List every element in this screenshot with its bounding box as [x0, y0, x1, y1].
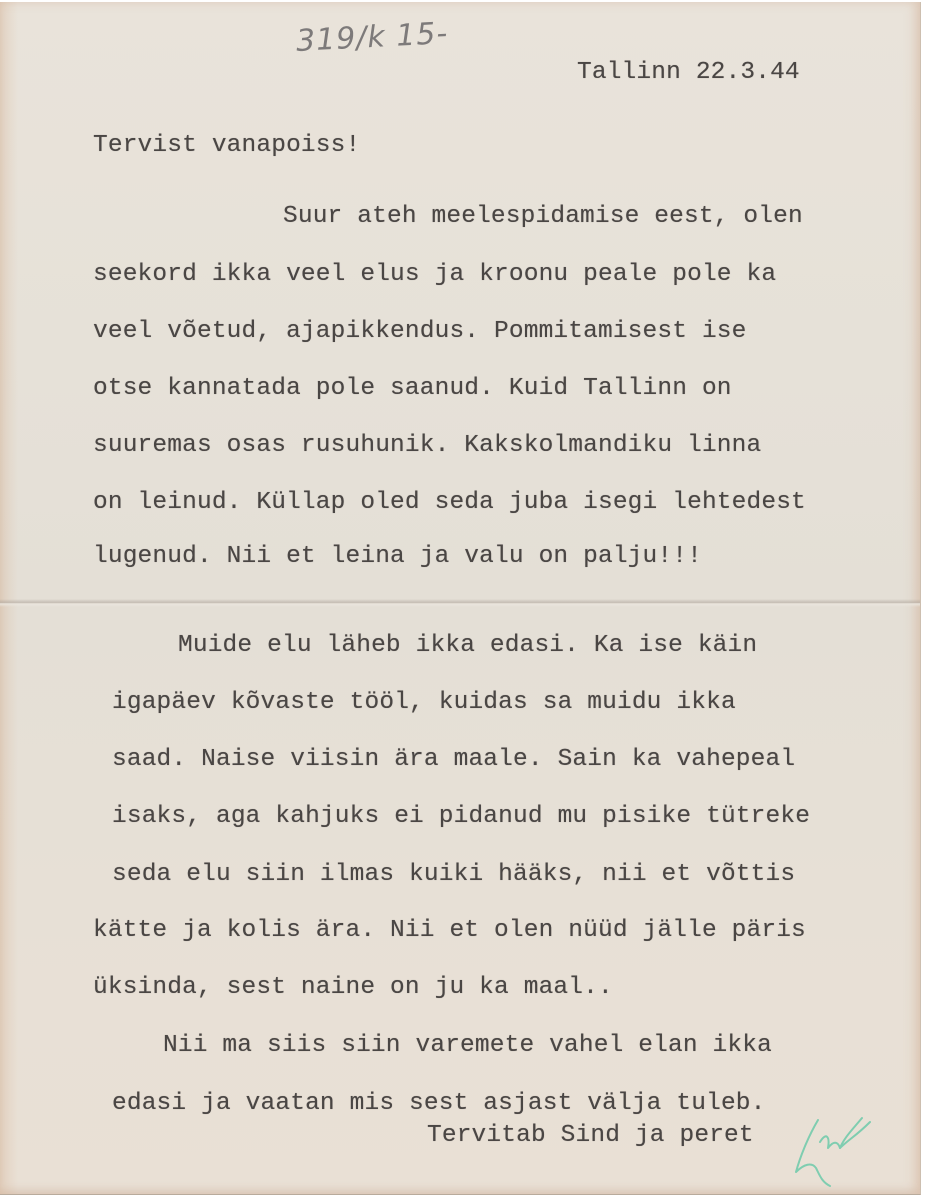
body-line: kätte ja kolis ära. Nii et olen nüüd jäl…	[93, 917, 806, 944]
body-line: seekord ikka veel elus ja kroonu peale p…	[93, 261, 776, 288]
handwritten-signature	[790, 1102, 880, 1192]
body-line: veel võetud, ajapikkendus. Pommitamisest…	[93, 318, 747, 345]
archive-pencil-mark: 319/k 15-	[295, 16, 449, 59]
body-line: Suur ateh meelespidamise eest, olen	[283, 203, 803, 230]
greeting: Tervist vanapoiss!	[93, 132, 360, 159]
paper-fold-crease	[0, 599, 920, 607]
body-line: Nii ma siis siin varemete vahel elan ikk…	[163, 1032, 772, 1059]
letter-paper: 319/k 15- Tallinn 22.3.44 Tervist vanapo…	[0, 2, 921, 1195]
body-line: on leinud. Küllap oled seda juba isegi l…	[93, 489, 806, 516]
body-line: Muide elu läheb ikka edasi. Ka ise käin	[178, 632, 757, 659]
body-line: suuremas osas rusuhunik. Kakskolmandiku …	[93, 432, 761, 459]
body-line: otse kannatada pole saanud. Kuid Tallinn…	[93, 375, 732, 402]
body-line: edasi ja vaatan mis sest asjast välja tu…	[112, 1090, 766, 1117]
body-line: igapäev kõvaste tööl, kuidas sa muidu ik…	[112, 689, 736, 716]
body-line: saad. Naise viisin ära maale. Sain ka va…	[112, 746, 795, 773]
body-line: lugenud. Nii et leina ja valu on palju!!…	[93, 543, 702, 570]
body-line: seda elu siin ilmas kuiki hääks, nii et …	[112, 861, 795, 888]
closing-line: Tervitab Sind ja peret	[427, 1122, 754, 1149]
body-line: üksinda, sest naine on ju ka maal..	[93, 974, 613, 1001]
body-line: isaks, aga kahjuks ei pidanud mu pisike …	[112, 803, 810, 830]
place-date: Tallinn 22.3.44	[577, 59, 800, 86]
